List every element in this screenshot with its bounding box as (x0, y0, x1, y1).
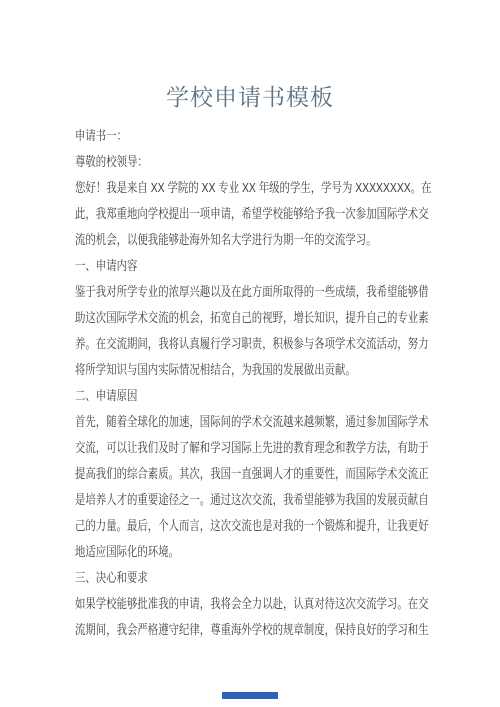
text-line: 三、决心和要求 (75, 565, 355, 591)
text-line: 养。在交流期间，我将认真履行学习职责，积极参与各项学术交流活动，努力 (75, 331, 355, 357)
text-line: 一、申请内容 (75, 253, 355, 279)
text-line: 此，我郑重地向学校提出一项申请，希望学校能够给予我一次参加国际学术交 (75, 201, 355, 227)
bottom-indicator-bar (222, 692, 278, 699)
text-line: 如果学校能够批准我的申请，我将会全力以赴，认真对待这次交流学习。在交 (75, 591, 355, 617)
text-line: 交流，可以让我们及时了解和学习国际上先进的教育理念和教学方法，有助于 (75, 435, 355, 461)
text-line: 二、申请原因 (75, 383, 355, 409)
text-line: 流期间，我会严格遵守纪律，尊重海外学校的规章制度，保持良好的学习和生 (75, 617, 355, 643)
text-line: 将所学知识与国内实际情况相结合，为我国的发展做出贡献。 (75, 357, 355, 383)
text-line: 流的机会，以便我能够赴海外知名大学进行为期一年的交流学习。 (75, 227, 355, 253)
text-line: 提高我们的综合素质。其次，我国一直强调人才的重要性，而国际学术交流正 (75, 461, 355, 487)
text-line: 您好！我是来自 XX 学院的 XX 专业 XX 年级的学生，学号为 XXXXXX… (75, 175, 355, 201)
text-line: 助这次国际学术交流的机会，拓宽自己的视野，增长知识，提升自己的专业素 (75, 305, 355, 331)
document-body: 申请书一：尊敬的校领导：您好！我是来自 XX 学院的 XX 专业 XX 年级的学… (75, 123, 425, 643)
document-title: 学校申请书模板 (0, 0, 500, 111)
document-page: 学校申请书模板 申请书一：尊敬的校领导：您好！我是来自 XX 学院的 XX 专业… (0, 0, 500, 707)
text-line: 是培养人才的重要途径之一。通过这次交流，我希望能够为我国的发展贡献自 (75, 487, 355, 513)
text-line: 尊敬的校领导： (75, 149, 355, 175)
text-line: 申请书一： (75, 123, 355, 149)
text-line: 鉴于我对所学专业的浓厚兴趣以及在此方面所取得的一些成绩，我希望能够借 (75, 279, 355, 305)
text-line: 己的力量。最后，个人而言，这次交流也是对我的一个锻炼和提升，让我更好 (75, 513, 355, 539)
text-line: 首先，随着全球化的加速，国际间的学术交流越来越频繁，通过参加国际学术 (75, 409, 355, 435)
text-line: 地适应国际化的环境。 (75, 539, 355, 565)
